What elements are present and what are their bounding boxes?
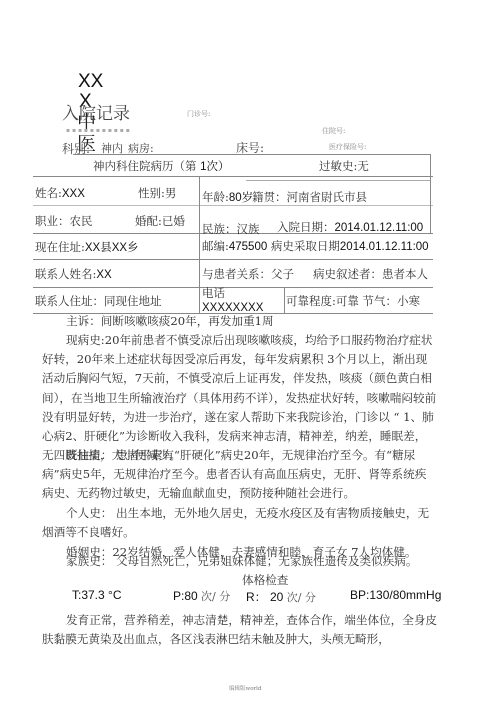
chief-complaint: 主诉：间断咳嗽咳痰20年，再发加重1周 xyxy=(42,312,437,331)
reliability-and-solar-term: 可靠程度:可靠 节气：小寒 xyxy=(286,293,420,309)
history-narrator: 病史叙述者：患者本人 xyxy=(313,266,428,282)
vital-blood-pressure: BP:130/80mmHg xyxy=(350,588,441,602)
postal-and-history-date: 邮编:475500 病史采取日期2014.01.12.11:00 xyxy=(202,238,429,254)
occupation: 职业：农民 xyxy=(35,213,93,229)
hospital-name-line-1: XX xyxy=(78,72,103,92)
footer-label: 编辑版world xyxy=(229,684,261,692)
family-history: 家族史： 父母自然死亡，兄弟姐妹体健；无家族性遗传及类似疾病。 xyxy=(42,552,437,571)
contact-name: 联系人姓名:XX xyxy=(35,266,112,282)
current-address: 现在住址:XX县XX乡 xyxy=(35,239,139,255)
allergy-history: 过敏史:无 xyxy=(319,158,369,174)
vital-pulse: P:80 次/ 分 xyxy=(173,588,230,604)
patient-age: 年龄:80岁 xyxy=(202,189,253,205)
marital-status: 婚配:已婚 xyxy=(135,213,185,229)
record-count: 1次） xyxy=(200,161,229,173)
personal-history: 个人史： 出生本地，无外地久居史，无疫水疫区及有害物质接触史，无烟酒等不良嗜好。 xyxy=(42,504,437,542)
page-title: 入院记录 xyxy=(62,99,130,124)
patient-name: 姓名:XXX xyxy=(35,185,85,201)
outpatient-no-label: 门诊号: xyxy=(187,109,210,119)
admission-date: 入院日期：2014.01.12.11:00 xyxy=(277,219,423,235)
ethnicity: 民族：汉族 xyxy=(202,221,260,237)
vital-respiration: R： 20 次/ 分 xyxy=(246,588,316,605)
phone: 电话XXXXXXXX xyxy=(202,286,263,315)
decorative-dots: ▪ ▪ ▪ ▪ ▪ ▪ ▪ ▪ ▪ ▪ ▪ xyxy=(66,127,130,134)
physical-exam-text: 发育正常，营养稍差，神志清楚，精神差，查体合作，端坐体位，全身皮肤黏膜无黄染及出… xyxy=(42,611,437,649)
record-title: 神内科住院病历（第 1次） xyxy=(93,158,230,174)
native-place: 籍贯：河南省尉氏市县 xyxy=(252,189,367,205)
relationship: 与患者关系：父子 xyxy=(202,266,294,282)
insurance-no-label: 医疗保险号: xyxy=(329,142,366,152)
past-history: 既往史： 患者平素有“肝硬化”病史20年，无规律治疗至今。有“糖尿病”病史5年，… xyxy=(42,446,437,504)
inpatient-no-label: 住院号: xyxy=(322,126,345,136)
patient-gender: 性别:男 xyxy=(138,185,176,201)
exam-title: 体格检查 xyxy=(242,572,288,588)
vital-temperature: T:37.3 °C xyxy=(72,588,122,602)
contact-address: 联系人住址：同现住地址 xyxy=(35,293,162,309)
